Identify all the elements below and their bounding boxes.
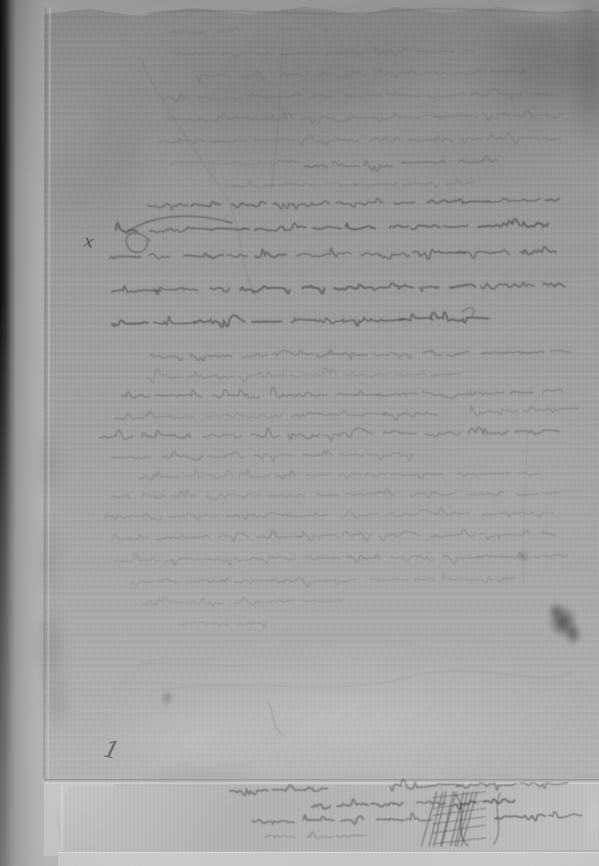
page-bottom-edge [44, 779, 599, 785]
next-page-edge [55, 784, 599, 852]
lower-page-stack-edge [58, 852, 599, 866]
book-gutter-shadow [0, 0, 16, 866]
manuscript-photo: x 1 [0, 0, 599, 866]
manuscript-page [44, 4, 599, 784]
